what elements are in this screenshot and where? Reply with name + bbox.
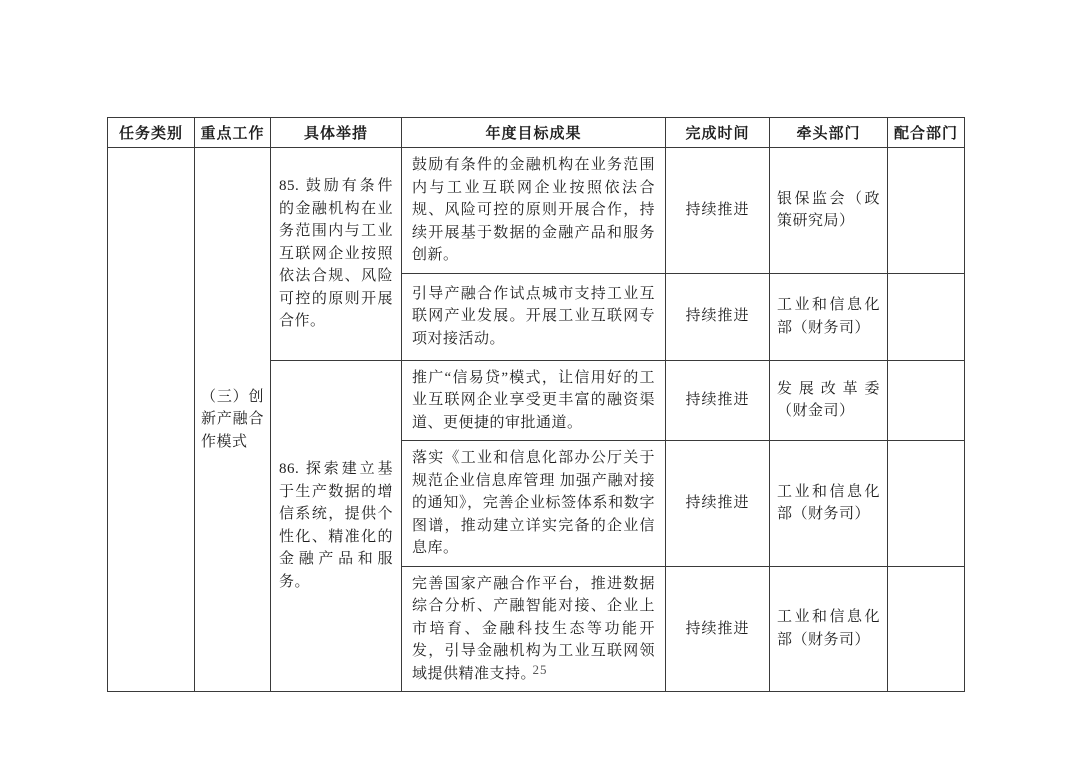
goal-cell: 落实《工业和信息化部办公厅关于规范企业信息库管理 加强产融对接的通知》，完善企业…: [402, 441, 666, 567]
page-number: 25: [0, 662, 1080, 678]
header-deadline: 完成时间: [666, 118, 770, 148]
header-support-dept: 配合部门: [888, 118, 965, 148]
lead-dept-cell: 发展改革委（财金司）: [770, 360, 888, 441]
support-dept-cell: [888, 360, 965, 441]
support-dept-cell: [888, 441, 965, 567]
support-dept-cell: [888, 273, 965, 360]
goal-cell: 鼓励有条件的金融机构在业务范围内与工业互联网企业按照依法合规、风险可控的原则开展…: [402, 148, 666, 274]
document-page: 任务类别 重点工作 具体举措 年度目标成果 完成时间 牵头部门 配合部门 （三）…: [0, 0, 1080, 763]
task-category-cell: [108, 148, 195, 692]
lead-dept-cell: 工业和信息化部（财务司）: [770, 441, 888, 567]
goal-cell: 推广“信易贷”模式，让信用好的工业互联网企业享受更丰富的融资渠道、更便捷的审批通…: [402, 360, 666, 441]
header-lead-dept: 牵头部门: [770, 118, 888, 148]
measure-cell-86: 86. 探索建立基于生产数据的增信系统，提供个性化、精准化的金融产品和服务。: [271, 360, 402, 692]
header-task-category: 任务类别: [108, 118, 195, 148]
table-row: （三）创新产融合作模式 85. 鼓励有条件的金融机构在业务范围内与工业互联网企业…: [108, 148, 965, 274]
lead-dept-cell: 工业和信息化部（财务司）: [770, 273, 888, 360]
header-row: 任务类别 重点工作 具体举措 年度目标成果 完成时间 牵头部门 配合部门: [108, 118, 965, 148]
measure-cell-85: 85. 鼓励有条件的金融机构在业务范围内与工业互联网企业按照依法合规、风险可控的…: [271, 148, 402, 361]
deadline-cell: 持续推进: [666, 360, 770, 441]
goal-cell: 引导产融合作试点城市支持工业互联网产业发展。开展工业互联网专项对接活动。: [402, 273, 666, 360]
task-table: 任务类别 重点工作 具体举措 年度目标成果 完成时间 牵头部门 配合部门 （三）…: [107, 117, 965, 692]
deadline-cell: 持续推进: [666, 148, 770, 274]
lead-dept-cell: 银保监会（政策研究局）: [770, 148, 888, 274]
support-dept-cell: [888, 148, 965, 274]
header-measures: 具体举措: [271, 118, 402, 148]
header-key-work: 重点工作: [195, 118, 271, 148]
header-annual-goal: 年度目标成果: [402, 118, 666, 148]
deadline-cell: 持续推进: [666, 273, 770, 360]
deadline-cell: 持续推进: [666, 441, 770, 567]
key-work-cell: （三）创新产融合作模式: [195, 148, 271, 692]
